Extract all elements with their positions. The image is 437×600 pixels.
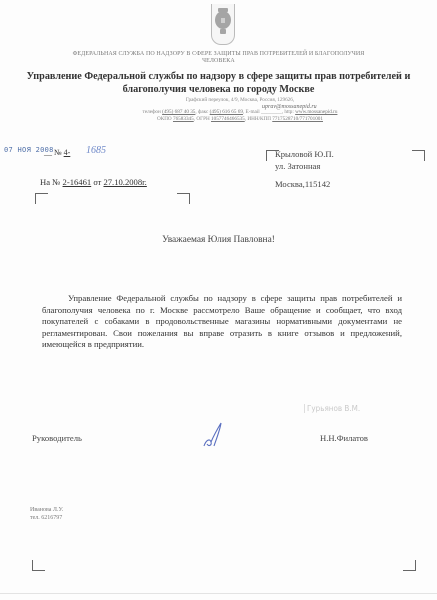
executor-info: Иванова Л.У. тел. 6216797 bbox=[30, 506, 63, 522]
address: Графский переулок, 4/9, Москва, Россия, … bbox=[60, 97, 420, 104]
handwritten-signature-icon bbox=[198, 420, 228, 455]
window-corner-bl bbox=[32, 560, 45, 571]
recipient-street: ул. Затонная bbox=[275, 160, 334, 172]
outgoing-number: __ № 4- bbox=[44, 148, 70, 157]
recipient-city: Москва,115142 bbox=[275, 178, 334, 190]
letter-body: Управление Федеральной службы по надзору… bbox=[42, 293, 402, 351]
faint-name-stamp: Гурьянов В.М. bbox=[304, 404, 360, 413]
department-title: Управление Федеральной службы по надзору… bbox=[10, 70, 427, 96]
handwritten-number: 1685 bbox=[86, 145, 106, 156]
window-corner-br bbox=[403, 560, 416, 571]
handwritten-email: uprav@mossanepid.ru bbox=[262, 104, 317, 110]
executor-phone: тел. 6216797 bbox=[30, 514, 63, 522]
reference-line: На № 2-16461 от 27.10.2008г. bbox=[40, 177, 147, 187]
page-edge bbox=[0, 593, 437, 594]
executor-name: Иванова Л.У. bbox=[30, 506, 63, 514]
signer-name: Н.Н.Филатов bbox=[320, 433, 368, 443]
contact-block: Графский переулок, 4/9, Москва, Россия, … bbox=[60, 97, 420, 123]
registry-line: ОКПО 76583345, ОГРН 1057746466535, ИНН/К… bbox=[60, 116, 420, 123]
recipient-name: Крыловой Ю.П. bbox=[275, 148, 334, 160]
phone-line: телефон (495) 687 40 35, факс (495) 616 … bbox=[60, 109, 420, 116]
recipient-address: Крыловой Ю.П. ул. Затонная Москва,115142 bbox=[275, 148, 334, 190]
window-corner-tr bbox=[177, 193, 190, 204]
coat-of-arms-icon bbox=[211, 4, 235, 45]
recipient-corner-tr bbox=[412, 150, 425, 161]
greeting: Уважаемая Юлия Павловна! bbox=[0, 235, 437, 245]
eagle-emblem-icon bbox=[212, 4, 234, 40]
agency-name: ФЕДЕРАЛЬНАЯ СЛУЖБА ПО НАДЗОРУ В СФЕРЕ ЗА… bbox=[0, 51, 437, 65]
window-corner-tl bbox=[35, 193, 48, 204]
signer-role: Руководитель bbox=[32, 433, 82, 443]
